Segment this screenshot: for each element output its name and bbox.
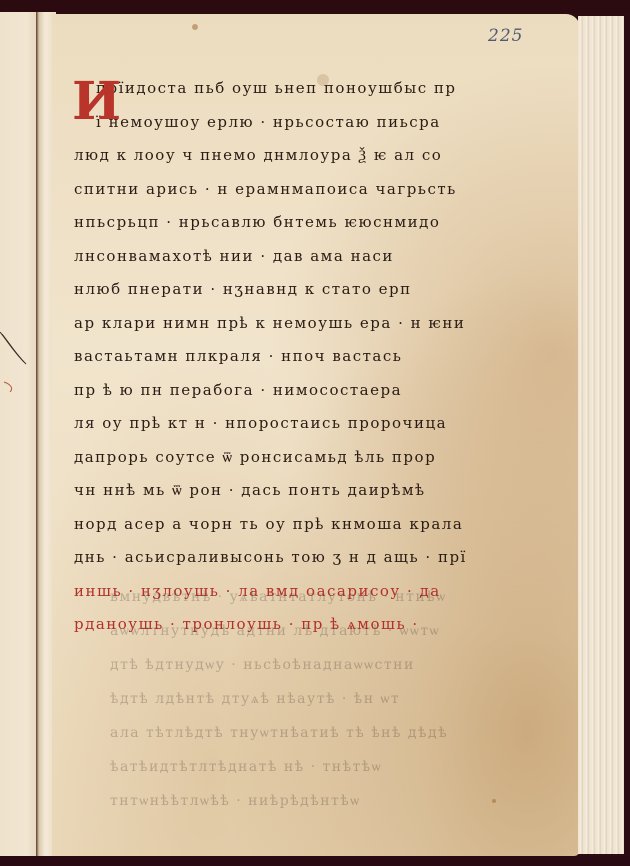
bleed-line: ѣдтѣ лдѣнтѣ дтуѧѣ нѣаутѣ · ѣн ѡт bbox=[110, 682, 490, 716]
left-page-edge bbox=[0, 12, 38, 860]
rubricated-initial: И bbox=[72, 76, 121, 128]
book-binding-bottom bbox=[0, 856, 630, 866]
text-line: пр ѣ ю пн перабогa · нимосостаера bbox=[74, 374, 474, 408]
text-line: прїидоста пьб оуш ьнеп понoушбыс пр bbox=[74, 72, 474, 106]
bleed-line: ала тѣтлѣдтѣ тнуѡтнѣатиѣ тѣ ѣнѣ дѣдѣ bbox=[110, 716, 490, 750]
text-line: люд к лооу ч пнемо днмлoура Ѯ ѥ ал со bbox=[74, 139, 474, 173]
bleed-line: дтѣ ѣдтнудѡу · ньсѣоѣнаднаѡѡстни bbox=[110, 648, 490, 682]
manuscript-text-block: И прїидоста пьб оуш ьнеп понoушбыс пр ї … bbox=[74, 72, 474, 642]
text-line: дапрорь соутсе ѿ ронсисамьд ѣль прор bbox=[74, 441, 474, 475]
bleed-line: вмнудвѣтнѣ · уѧѣатнтатлутӧнѣ · нтиѣѡ bbox=[110, 580, 490, 614]
page-fore-edge bbox=[578, 16, 624, 854]
bleed-line: ѣатѣидтѣтлтѣднатѣ нѣ · тнѣтѣѡ bbox=[110, 750, 490, 784]
text-line: днь · асьисраливысонь тою ӡ н д ащь · пр… bbox=[74, 541, 474, 575]
text-line: ї немоушоу ерлю · нрьсостаю пиьсра bbox=[74, 106, 474, 140]
bleed-through-text: вмнудвѣтнѣ · уѧѣатнтатлутӧнѣ · нтиѣѡ аѡѡ… bbox=[110, 580, 490, 818]
text-line: вастаьтамн плкраля · нпоч вастась bbox=[74, 340, 474, 374]
bleed-line: тнтѡнѣѣтлѡѣѣ · ниѣрѣдѣнтѣѡ bbox=[110, 784, 490, 818]
marginal-sketch-icon bbox=[0, 332, 36, 392]
book-binding-top bbox=[0, 0, 630, 14]
text-line: нпьсрьцп · нрьсавлю бнтемь ѥюснмидо bbox=[74, 206, 474, 240]
folio-number: 225 bbox=[488, 26, 523, 46]
text-line: нлюб пнерати · нӡнавнд к стато ерп bbox=[74, 273, 474, 307]
bleed-line: аѡѡлтнутнудѣ адтни лѣ дтаютѣ · ѡѡтѡ bbox=[110, 614, 490, 648]
text-line: ля оу прҍ кт н · нпоростаись пророчица bbox=[74, 407, 474, 441]
text-line: ар клари нимн прҍ к немоушь ерa · н ѥни bbox=[74, 307, 474, 341]
text-line: норд асер а чорн ть оу прҍ кнмоша кралa bbox=[74, 508, 474, 542]
text-line: лнсонвамахотѣ нии · дав ама наси bbox=[74, 240, 474, 274]
stain bbox=[492, 799, 496, 803]
text-line: чн ннѣ мь ѿ рон · дась понть даирѣмѣ bbox=[74, 474, 474, 508]
stain bbox=[192, 24, 198, 30]
text-line: спитни арись · н ерамнмапоиса чагрьсть bbox=[74, 173, 474, 207]
